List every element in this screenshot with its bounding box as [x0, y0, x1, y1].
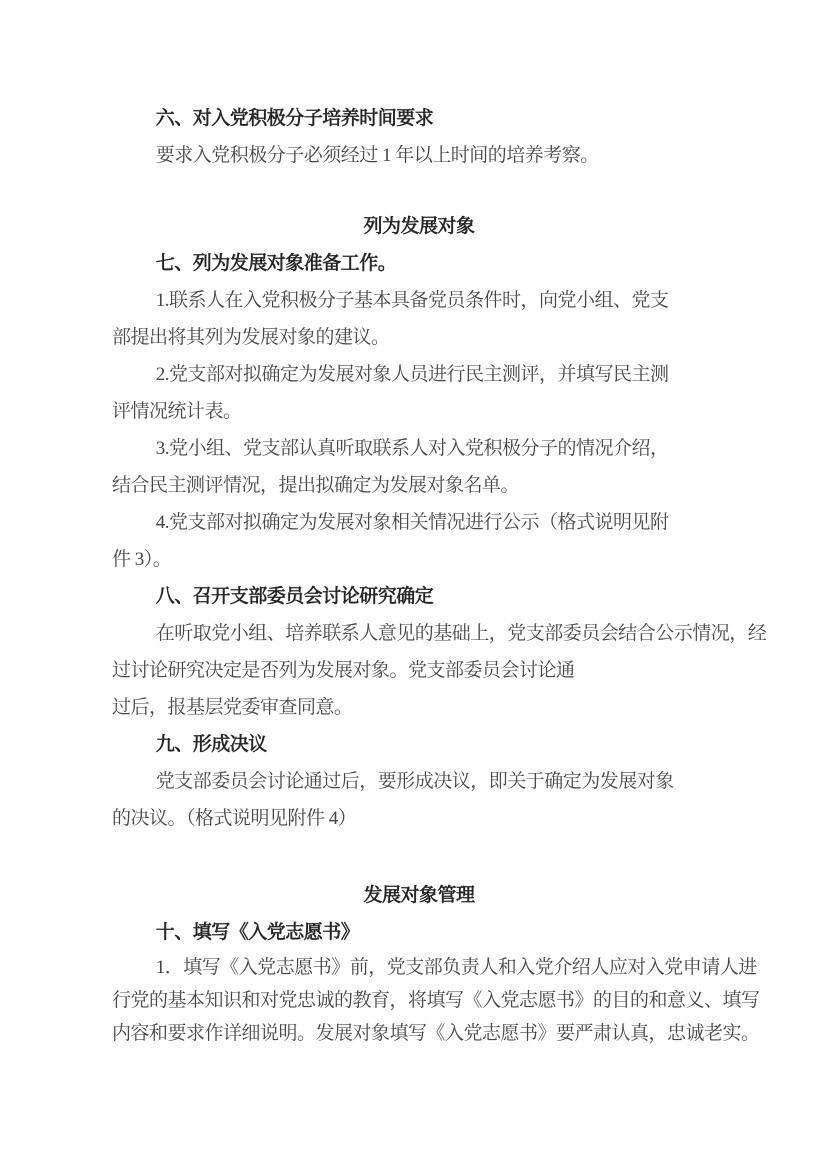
document-content: 六、对入党积极分子培养时间要求要求入党积极分子必须经过 1 年以上时间的培养考察…: [112, 100, 726, 1050]
paragraph-line: 评情况统计表。: [112, 393, 726, 430]
paragraph-first-line: 1.联系人在入党积极分子基本具备党员条件时，向党小组、党支: [112, 282, 726, 319]
paragraph-first-line: 4.党支部对拟确定为发展对象相关情况进行公示（格式说明见附: [112, 504, 726, 541]
paragraph-first-line: 要求入党积极分子必须经过 1 年以上时间的培养考察。: [112, 137, 726, 174]
paragraph-line: 过讨论研究决定是否列为发展对象。党支部委员会讨论通: [112, 652, 726, 689]
section-heading: 十、填写《入党志愿书》: [112, 914, 726, 951]
document-page: 六、对入党积极分子培养时间要求要求入党积极分子必须经过 1 年以上时间的培养考察…: [0, 0, 826, 1169]
paragraph-line: 内容和要求作详细说明。发展对象填写《入党志愿书》要严肃认真，忠诚老实。: [112, 1017, 726, 1050]
paragraph-first-line: 在听取党小组、培养联系人意见的基础上，党支部委员会结合公示情况，经: [112, 615, 726, 652]
paragraph-line: 件 3）。: [112, 541, 726, 578]
spacer: [112, 174, 726, 208]
section-heading: 八、召开支部委员会讨论研究确定: [112, 578, 726, 615]
section-heading: 九、形成决议: [112, 726, 726, 763]
paragraph-first-line: 2.党支部对拟确定为发展对象人员进行民主测评，并填写民主测: [112, 356, 726, 393]
section-heading: 六、对入党积极分子培养时间要求: [112, 100, 726, 137]
center-heading: 列为发展对象: [112, 208, 726, 245]
paragraph-first-line: 3.党小组、党支部认真听取联系人对入党积极分子的情况介绍，: [112, 430, 726, 467]
spacer: [112, 837, 726, 877]
paragraph-first-line: 1．填写《入党志愿书》前，党支部负责人和入党介绍人应对入党申请人进: [112, 951, 726, 984]
paragraph-line: 结合民主测评情况，提出拟确定为发展对象名单。: [112, 467, 726, 504]
center-heading: 发展对象管理: [112, 877, 726, 914]
paragraph-first-line: 党支部委员会讨论通过后，要形成决议，即关于确定为发展对象: [112, 763, 726, 800]
paragraph-line: 部提出将其列为发展对象的建议。: [112, 319, 726, 356]
paragraph-line: 行党的基本知识和对党忠诚的教育，将填写《入党志愿书》的目的和意义、填写: [112, 984, 726, 1017]
paragraph-line: 的决议。（格式说明见附件 4）: [112, 800, 726, 837]
section-heading: 七、列为发展对象准备工作。: [112, 245, 726, 282]
paragraph-line: 过后，报基层党委审查同意。: [112, 689, 726, 726]
